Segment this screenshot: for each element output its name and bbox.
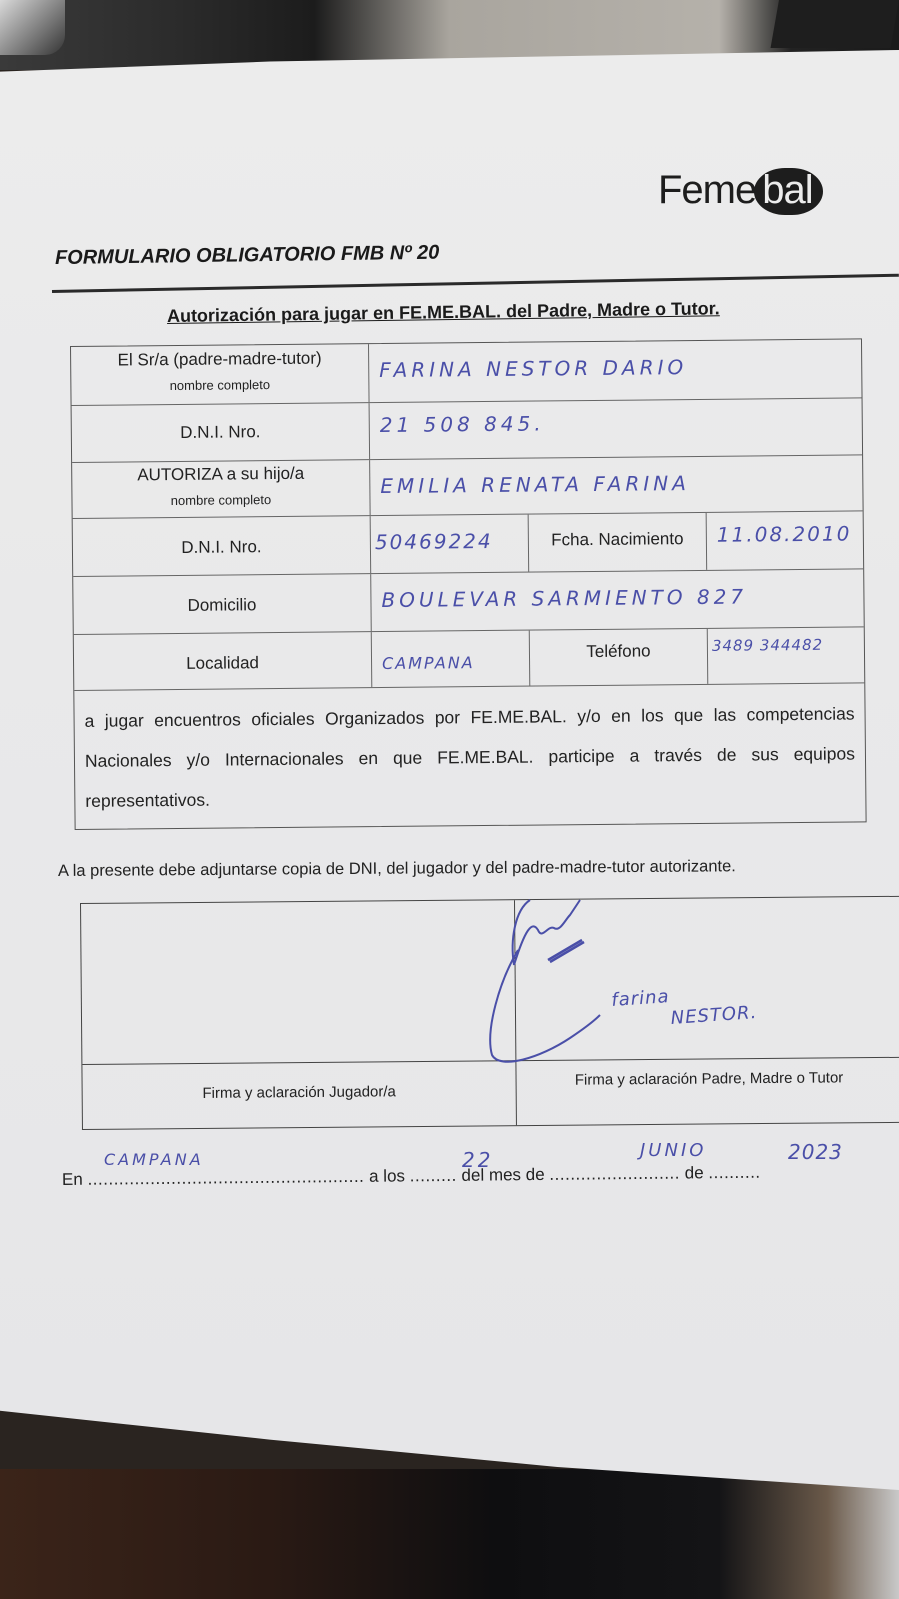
guardian-dni-field[interactable]: 21 508 845. [370, 398, 863, 459]
day-value: 22 [462, 1148, 493, 1172]
child-dni-field[interactable]: 50469224 [371, 515, 530, 574]
row-guardian-dni: D.N.I. Nro. 21 508 845. [72, 398, 863, 463]
year-dotted-field[interactable]: .......... [708, 1163, 760, 1183]
parent-signature-caption: Firma y aclaración Padre, Madre o Tutor [516, 1069, 899, 1089]
row-guardian-name: El Sr/a (padre-madre-tutor) nombre compl… [71, 339, 862, 406]
year-value: 2023 [788, 1140, 843, 1164]
month-dotted-field[interactable]: ......................... [549, 1164, 680, 1184]
place-dotted-field[interactable]: ........................................… [87, 1167, 364, 1189]
guardian-dni-label: D.N.I. Nro. [72, 403, 371, 462]
device-edge [771, 0, 899, 48]
guardian-label: El Sr/a (padre-madre-tutor) [71, 348, 368, 371]
child-dni-label: D.N.I. Nro. [73, 516, 372, 576]
de-label: de [685, 1163, 704, 1182]
row-child-name: AUTORIZA a su hijo/a nombre completo EMI… [72, 455, 863, 519]
month-value: JUNIO [640, 1140, 706, 1161]
child-sublabel: nombre completo [72, 491, 369, 509]
femebal-logo: Femebal [658, 168, 823, 215]
signature-divider-horizontal [82, 1057, 899, 1065]
authorization-table: El Sr/a (padre-madre-tutor) nombre compl… [70, 338, 867, 830]
row-authorization-text: a jugar encuentros oficiales Organizados… [74, 683, 865, 829]
city-label: Localidad [74, 632, 373, 690]
city-field[interactable]: CAMPANA [372, 631, 531, 688]
binder-clip [0, 0, 65, 55]
en-label: En [62, 1170, 83, 1189]
logo-text: Feme [658, 168, 756, 212]
child-label: AUTORIZA a su hijo/a [72, 463, 369, 486]
guardian-label-cell: El Sr/a (padre-madre-tutor) nombre compl… [71, 344, 370, 405]
logo-badge: bal [754, 168, 822, 215]
desk-background-bottom [0, 1469, 899, 1599]
child-name-field[interactable]: EMILIA RENATA FARINA [370, 455, 863, 515]
row-address: Domicilio BOULEVAR SARMIENTO 827 [73, 569, 864, 635]
place-value: CAMPANA [104, 1150, 204, 1169]
child-label-cell: AUTORIZA a su hijo/a nombre completo [72, 460, 371, 518]
signature-table: Firma y aclaración Jugador/a Firma y acl… [80, 896, 899, 1130]
row-child-dni: D.N.I. Nro. 50469224 Fcha. Nacimiento 11… [73, 511, 864, 577]
birth-date-field[interactable]: 11.08.2010 [707, 511, 864, 569]
phone-label: Teléfono [530, 629, 709, 686]
address-field[interactable]: BOULEVAR SARMIENTO 827 [371, 569, 864, 631]
birth-date-label: Fcha. Nacimiento [529, 513, 708, 572]
authorization-paragraph: a jugar encuentros oficiales Organizados… [74, 683, 865, 829]
address-label: Domicilio [73, 574, 372, 634]
a-los-label: a los [369, 1166, 405, 1185]
player-signature-caption: Firma y aclaración Jugador/a [83, 1082, 516, 1103]
phone-field[interactable]: 3489 344482 [708, 627, 865, 683]
row-city-phone: Localidad CAMPANA Teléfono 3489 344482 [74, 627, 865, 691]
guardian-name-field[interactable]: FARINA NESTOR DARIO [369, 339, 862, 402]
day-dotted-field[interactable]: ......... [410, 1166, 457, 1185]
guardian-sublabel: nombre completo [71, 376, 368, 394]
